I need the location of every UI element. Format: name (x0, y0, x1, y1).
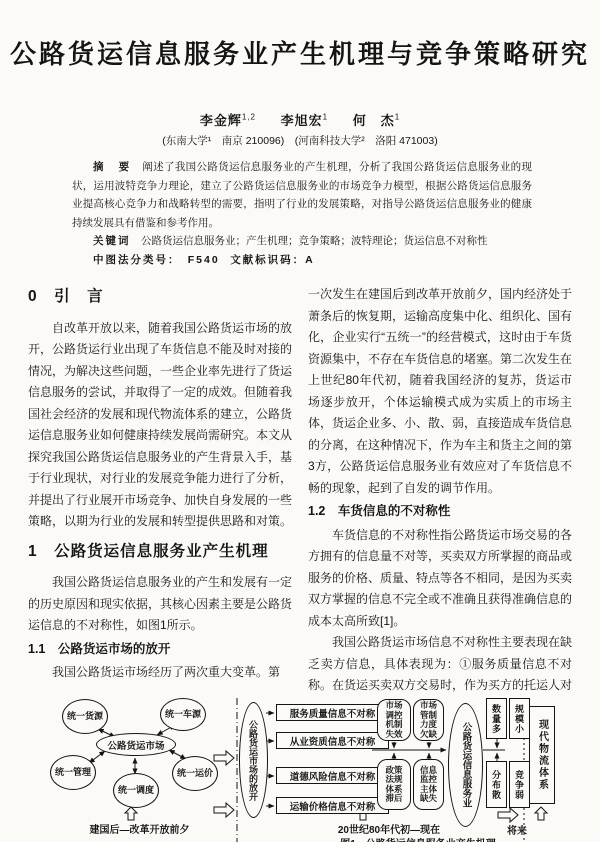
classification-line: 中图法分类号： F540 文献标识码：A (72, 251, 532, 270)
era-transition-arrow-icon (214, 803, 234, 817)
future-arrow-icon (498, 808, 518, 822)
affiliations: (东南大学¹ 南京 210096) (河南科技大学² 洛阳 471003) (0, 133, 600, 148)
box-trait-scattered: 分布散 (486, 761, 507, 808)
abstract-block: 摘 要 阐述了我国公路货运信息服务业的产生机理，分析了我国公路货运信息服务业的现… (72, 158, 532, 269)
abstract-paragraph: 摘 要 阐述了我国公路货运信息服务业的产生机理，分析了我国公路货运信息服务业的现… (72, 158, 532, 232)
author-2: 李旭宏1 (281, 113, 328, 128)
box-info-supervision-missing: 信息监控主体缺失 (413, 759, 444, 810)
intro-paragraph: 自改革开放以来，随着我国公路货运市场的放开，公路货运行业出现了车货信息不能及时对… (28, 318, 292, 533)
figure-caption: 图1 公路货运信息服务业产生机理 (318, 835, 518, 842)
author-1-affil-mark: 1,2 (242, 113, 256, 122)
era2-caption: 20世纪80年代初—现在 (328, 821, 450, 836)
node-unified-management: 统一管理 (50, 755, 96, 790)
section-1-1-paragraph: 我国公路货运市场经历了两次重大变革。第 (28, 662, 292, 684)
node-unified-dispatch: 统一调度 (113, 773, 159, 808)
paper-page: 公路货运信息服务业产生机理与竞争策略研究 李金辉1,2 李旭宏1 何 杰1 (东… (0, 0, 600, 842)
box-trait-small-scale: 规模小 (509, 698, 530, 739)
author-line: 李金辉1,2 李旭宏1 何 杰1 (0, 110, 600, 129)
box-policy-system-lagging: 政策法规体系滞后 (377, 759, 411, 810)
author-1: 李金辉1,2 (200, 113, 256, 128)
node-unified-cargo-source: 统一货源 (62, 699, 108, 734)
node-market-opening: 公路货运市场的放开 (239, 702, 268, 818)
era-transition-arrow-icon (214, 751, 234, 765)
figure-1: 统一货源 统一车源 公路货运市场 统一管理 统一调度 统一运价 建国后—改革开放… (0, 698, 600, 842)
heading-section-1: 1 公路货运信息服务业产生机理 (28, 541, 292, 563)
paper-title: 公路货运信息服务业产生机理与竞争策略研究 (0, 34, 600, 71)
section-1-1-continuation: 一次发生在建国后到改革开放前夕，国内经济处于萧条后的恢复期，运输高度集中化、组织… (308, 284, 572, 499)
author-3-affil-mark: 1 (395, 113, 400, 122)
author-3: 何 杰1 (353, 113, 400, 128)
box-moral-hazard-asymmetry: 道德风险信息不对称 (276, 767, 389, 784)
era1-caption-arrow-icon (125, 807, 137, 820)
node-freight-info-service-industry: 公路货运信息服务业 (448, 703, 483, 827)
era1-caption: 建国后—改革开放前夕 (52, 821, 227, 836)
node-freight-market: 公路货运市场 (96, 733, 176, 756)
left-column: 0 引 言 自改革开放以来，随着我国公路货运市场的放开，公路货运行业出现了车货信… (28, 284, 292, 696)
section-1-2-paragraph-1: 车货信息的不对称性指公路货运市场交易的各方拥有的信息量不对等，买卖双方所掌握的商… (308, 525, 572, 633)
box-trait-weak-competition: 竞争弱 (509, 761, 530, 808)
heading-section-1-1: 1.1 公路货运市场的放开 (28, 639, 292, 661)
node-unified-vehicle-source: 统一车源 (160, 698, 206, 731)
box-regulation-mechanism-failure: 市场调控机制失效 (377, 699, 411, 741)
era3-caption-arrow-icon (535, 807, 547, 820)
node-modern-logistics-system: 现代物流体系 (529, 706, 555, 804)
author-2-affil-mark: 1 (323, 113, 328, 122)
box-trait-numerous: 数量多 (486, 698, 507, 739)
section-1-2-paragraph-2: 我国公路货运市场信息不对称性主要表现在缺乏卖方信息，具体表现为：①服务质量信息不… (308, 632, 572, 696)
box-market-control-lacking: 市场管制力度欠缺 (413, 699, 444, 741)
box-price-asymmetry: 运输价格信息不对称 (276, 797, 389, 814)
heading-intro: 0 引 言 (28, 286, 292, 308)
box-qualification-asymmetry: 从业资质信息不对称 (276, 732, 389, 749)
abstract-label: 摘 要 (93, 161, 132, 173)
section-1-paragraph: 我国公路货运信息服务业的产生和发展有一定的历史原因和现实依据，其核心因素主要是公… (28, 572, 292, 637)
box-service-quality-asymmetry: 服务质量信息不对称 (276, 704, 389, 721)
right-column: 一次发生在建国后到改革开放前夕，国内经济处于萧条后的恢复期，运输高度集中化、组织… (308, 284, 572, 696)
keywords-line: 关键词 公路货运信息服务业；产生机理；竞争策略；波特理论；货运信息不对称性 (72, 232, 532, 251)
keywords-label: 关键词 (93, 235, 131, 247)
node-unified-freight-rate: 统一运价 (172, 756, 218, 791)
heading-section-1-2: 1.2 车货信息的不对称性 (308, 501, 572, 523)
